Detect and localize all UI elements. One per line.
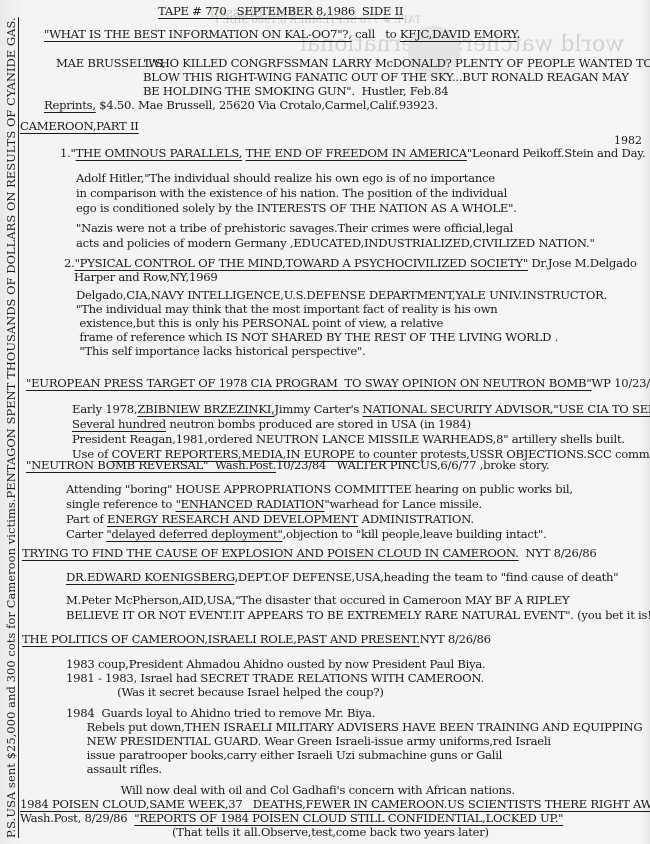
kal-end: .	[517, 27, 520, 41]
koenigsberg: DR.EDWARD KOENIGSBERG	[66, 570, 234, 584]
koenigsberg-line: DR.EDWARD KOENIGSBERG,DEPT.OF DEFENSE,US…	[66, 570, 618, 584]
item2-publisher: Harper and Row,NY,1969	[74, 270, 218, 284]
item2-line-1: Delgado,CIA,NAVY INTELLIGENCE,U.S.DEFENS…	[76, 288, 607, 302]
item1-quote1-line-2: in comparison with the existence of his …	[76, 186, 507, 200]
item2-line-5: "This self importance lacks historical p…	[76, 344, 365, 358]
delayed-deployment: "delayed deferred deployment"	[106, 527, 282, 541]
brussell-line-1: "WHO KILLED CONGRFSSMAN LARRY McDONALD? …	[143, 56, 650, 70]
neutron-source: 10/23/84 WALTER PINCUS,6/6/77 ,broke sto…	[276, 458, 549, 472]
text: "warhead for Lance missile.	[324, 497, 482, 511]
kal-line: "WHAT IS THE BEST INFORMATION ON KAL-OO7…	[44, 27, 520, 41]
item1-title-b: THE END OF FREEDOM IN AMERICA	[246, 146, 467, 160]
trying-title-line: TRYING TO FIND THE CAUSE OF EXPLOSION AN…	[22, 546, 597, 560]
politics-title: THE POLITICS OF CAMEROON,ISRAELI ROLE,PA…	[22, 632, 420, 646]
mcpherson-line-2: BELIEVE IT OR NOT EVENT.IT APPEARS TO BE…	[66, 608, 650, 622]
document-page: Mae Brussell TAPE # 770 SEPTEMBER 8,1986…	[0, 0, 650, 844]
european-title-line: "EUROPEAN PRESS TARGET OF 1978 CIA PROGR…	[26, 376, 650, 390]
item1-title-a: THE OMINOUS PARALLELS,	[76, 146, 242, 160]
erda: ENERGY RESEARCH AND DEVELOPMENT	[107, 512, 358, 526]
poisen-line-1: 1984 POISEN CLOUD,SAME WEEK,37 DEATHS,FE…	[20, 797, 650, 811]
politics-line-1: 1983 coup,President Ahmadou Ahidno ouste…	[66, 657, 485, 671]
politics-line-3: (Was it secret because Israel helped the…	[100, 685, 384, 699]
european-line-3: President Reagan,1981,ordered NEUTRON LA…	[72, 432, 625, 446]
text: ,DEPT.OF DEFENSE,USA,heading the team to…	[234, 570, 618, 584]
several-hundred: Several hundred	[72, 417, 166, 431]
text: Jimmy Carter's	[275, 402, 363, 416]
text: ,objection to "kill people,leave buildin…	[283, 527, 547, 541]
reprints-label: Reprints,	[44, 98, 96, 112]
kal-contact: KFJC,DAVID EMORY	[400, 27, 517, 41]
text: ADMINISTRATION.	[358, 512, 474, 526]
use-cia-quote: "USE CIA TO SELL"	[553, 402, 650, 416]
poisen-reports-quote: "REPORTS OF 1984 POISEN CLOUD STILL CONF…	[134, 811, 563, 825]
politics-line-5: Rebels put down,THEN ISRAELI MILITARY AD…	[66, 720, 642, 734]
politics-title-line: THE POLITICS OF CAMEROON,ISRAELI ROLE,PA…	[22, 632, 491, 646]
item2-author: Dr.Jose M.Delgado	[528, 256, 637, 270]
poisen-line-2: Wash.Post, 8/29/86 "REPORTS OF 1984 POIS…	[20, 811, 563, 825]
section-cameroon-part-ii: CAMEROON,PART II	[20, 119, 139, 133]
european-line-1: Early 1978,ZBIBNIEW BRZEZINKI,Jimmy Cart…	[72, 402, 650, 416]
enhanced-radiation: "ENHANCED RADIATION	[176, 497, 325, 511]
poisen-cloud-statement: 1984 POISEN CLOUD,SAME WEEK,37 DEATHS,FE…	[20, 797, 650, 811]
item2-title-line: 2."PYSICAL CONTROL OF THE MIND,TOWARD A …	[64, 256, 637, 270]
european-line-2: Several hundred neutron bombs produced a…	[72, 417, 471, 431]
item2-title: "PYSICAL CONTROL OF THE MIND,TOWARD A PS…	[75, 256, 528, 270]
mcpherson-line-1: M.Peter McPherson,AID,USA,"The disaster …	[66, 593, 569, 607]
politics-line-7: issue paratrooper books,carry either Isr…	[66, 748, 502, 762]
neutron-line-3: Part of ENERGY RESEARCH AND DEVELOPMENT …	[66, 512, 474, 526]
politics-line-2: 1981 - 1983, Israel had SECRET TRADE REL…	[66, 671, 484, 685]
item1-quote1-line-3: ego is conditioned solely by the INTERES…	[76, 201, 517, 215]
text: single reference to	[66, 497, 176, 511]
neutron-line-4: Carter "delayed deferred deployment",obj…	[66, 527, 547, 541]
neutron-title-line: "NEUTRON BOMB REVERSAL" Wash.Post.10/23/…	[26, 458, 549, 472]
margin-note: P.S.USA sent $25,000 and 300 cots for Ca…	[4, 17, 18, 838]
text: Carter	[66, 527, 106, 541]
politics-line-6: NEW PRESIDENTIAL GUARD. Wear Green Israe…	[66, 734, 551, 748]
neutron-line-1: Attending "boring" HOUSE APPROPRIATIONS …	[66, 482, 573, 496]
poisen-line-3: (That tells it all.Observe,test,come bac…	[172, 825, 489, 839]
item1-quote1-line-1: Adolf Hitler,"The individual should real…	[76, 171, 495, 185]
brussell-line-2: BLOW THIS RIGHT-WING FANATIC OUT OF THE …	[143, 70, 629, 84]
kal-call-text: call to	[352, 27, 400, 41]
trying-title: TRYING TO FIND THE CAUSE OF EXPLOSION AN…	[22, 546, 519, 560]
text: Part of	[66, 512, 107, 526]
european-title: "EUROPEAN PRESS TARGET OF 1978 CIA PROGR…	[26, 376, 591, 390]
neutron-line-2: single reference to "ENHANCED RADIATION"…	[66, 497, 482, 511]
reprints-address: $4.50. Mae Brussell, 25620 Via Crotalo,C…	[96, 98, 438, 112]
item1-quote2-line-2: acts and policies of modern Germany ,EDU…	[76, 236, 595, 250]
tape-header: TAPE # 770 SEPTEMBER 8,1986 SIDE II	[158, 4, 403, 18]
politics-line-4: 1984 Guards loyal to Ahidno tried to rem…	[66, 706, 375, 720]
item1-author: "Leonard Peikoff.Stein and Day.	[467, 146, 646, 160]
politics-line-8: assault rifles.	[66, 762, 162, 776]
item1-quote2-line-1: "Nazis were not a tribe of prehistoric s…	[76, 221, 513, 235]
kal-question: "WHAT IS THE BEST INFORMATION ON KAL-OO7…	[44, 27, 352, 41]
politics-source: NYT 8/26/86	[420, 632, 491, 646]
item2-line-2: "The individual may think that the most …	[76, 302, 497, 316]
neutron-title: "NEUTRON BOMB REVERSAL" Wash.Post.	[26, 458, 276, 472]
politics-line-9: Will now deal with oil and Col Gadhafi's…	[100, 783, 515, 797]
brzezinski: ZBIBNIEW BRZEZINKI,	[137, 402, 274, 416]
item1-title-line: 1."THE OMINOUS PARALLELS, THE END OF FRE…	[60, 146, 645, 160]
item2-line-4: frame of reference which IS NOT SHARED B…	[76, 330, 558, 344]
brussell-line-3: BE HOLDING THE SMOKING GUN". Hustler, Fe…	[143, 84, 448, 98]
european-source: WP 10/23/84	[591, 376, 650, 390]
text: Early 1978,	[72, 402, 137, 416]
poisen-source: Wash.Post, 8/29/86	[20, 811, 134, 825]
text: neutron bombs produced are stored in USA…	[166, 417, 471, 431]
item2-number: 2.	[64, 256, 75, 270]
item1-number: 1."	[60, 146, 76, 160]
item2-line-3: existence,but this is only his PERSONAL …	[76, 316, 443, 330]
reprints-line: Reprints, $4.50. Mae Brussell, 25620 Via…	[44, 98, 438, 112]
nsa-title: NATIONAL SECURITY ADVISOR,	[363, 402, 554, 416]
trying-source: NYT 8/26/86	[519, 546, 597, 560]
